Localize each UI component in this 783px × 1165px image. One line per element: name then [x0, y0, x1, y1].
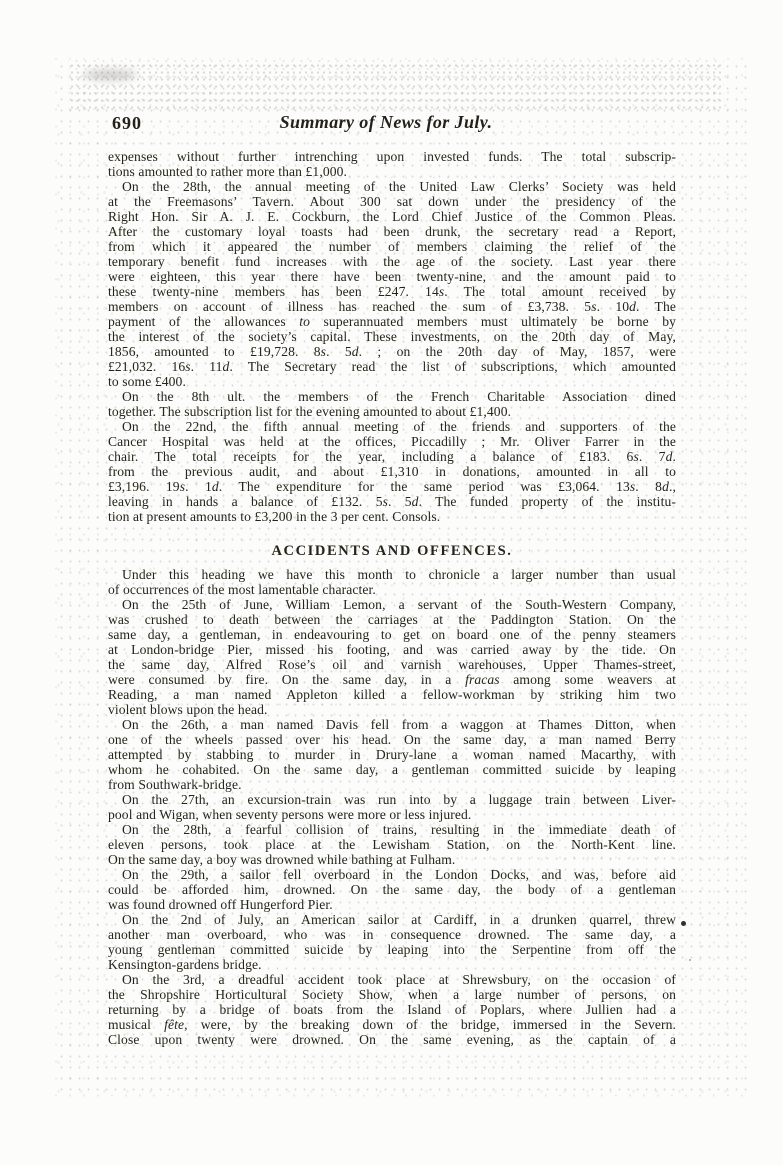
- text-line: eleven persons, took place at the Lewish…: [108, 837, 676, 852]
- text-line: tion at present amounts to £3,200 in the…: [108, 509, 676, 524]
- paragraph: Under this heading we have this month to…: [108, 567, 676, 597]
- text-line: whom he cohabited. On the same day, a ge…: [108, 762, 676, 777]
- text-line: to some £400.: [108, 374, 676, 389]
- text-line: of occurrences of the most lamentable ch…: [108, 582, 676, 597]
- scan-smudge: [84, 70, 136, 80]
- text-line: musical fête, were, by the breaking down…: [108, 1017, 676, 1032]
- paragraph: On the 28th, the annual meeting of the U…: [108, 179, 676, 389]
- text-line: leaving in hands a balance of £132. 5s. …: [108, 494, 676, 509]
- text-line: at the Freemasons’ Tavern. About 300 sat…: [108, 194, 676, 209]
- paragraph: On the 8th ult. the members of the Frenc…: [108, 389, 676, 419]
- ink-spot: [681, 921, 686, 926]
- text-line: On the 3rd, a dreadful accident took pla…: [108, 972, 676, 987]
- text-line: from which it appeared the number of mem…: [108, 239, 676, 254]
- text-line: On the 29th, a sailor fell overboard in …: [108, 867, 676, 882]
- text-line: violent blows upon the head.: [108, 702, 676, 717]
- text-line: On the 22nd, the fifth annual meeting of…: [108, 419, 676, 434]
- text-line: payment of the allowances to superannuat…: [108, 314, 676, 329]
- paragraph: On the 3rd, a dreadful accident took pla…: [108, 972, 676, 1047]
- text-line: £21,032. 16s. 11d. The Secretary read th…: [108, 359, 676, 374]
- text-line: temporary benefit fund increases with th…: [108, 254, 676, 269]
- text-line: 1856, amounted to £19,728. 8s. 5d. ; on …: [108, 344, 676, 359]
- text-line: at London-bridge Pier, missed his footin…: [108, 642, 676, 657]
- text-line: After the customary loyal toasts had bee…: [108, 224, 676, 239]
- text-line: pool and Wigan, when seventy persons wer…: [108, 807, 676, 822]
- text-line: these twenty-nine members has been £247.…: [108, 284, 676, 299]
- text-line: Right Hon. Sir A. J. E. Cockburn, the Lo…: [108, 209, 676, 224]
- text-line: On the same day, a boy was drowned while…: [108, 852, 676, 867]
- running-title: Summary of News for July.: [98, 112, 674, 133]
- text-line: returning by a bridge of boats from the …: [108, 1002, 676, 1017]
- text-line: same day, a gentleman, in endeavouring t…: [108, 627, 676, 642]
- text-line: On the 28th, the annual meeting of the U…: [108, 179, 676, 194]
- scan-noise-top-band: [68, 60, 724, 110]
- text-line: Under this heading we have this month to…: [108, 567, 676, 582]
- text-line: tions amounted to rather more than £1,00…: [108, 164, 676, 179]
- text-line: was crushed to death between the carriag…: [108, 612, 676, 627]
- text-line: On the 26th, a man named Davis fell from…: [108, 717, 676, 732]
- paragraph: On the 26th, a man named Davis fell from…: [108, 717, 676, 792]
- text-line: together. The subscription list for the …: [108, 404, 676, 419]
- text-line: from Southwark-bridge.: [108, 777, 676, 792]
- text-line: Close upon twenty were drowned. On the s…: [108, 1032, 676, 1047]
- text-line: the Shropshire Horticultural Society Sho…: [108, 987, 676, 1002]
- section: ACCIDENTS AND OFFENCES.Under this headin…: [108, 543, 676, 1047]
- text-line: On the 27th, an excursion-train was run …: [108, 792, 676, 807]
- text-line: from the previous audit, and about £1,31…: [108, 464, 676, 479]
- text-line: the interest of the society’s capital. T…: [108, 329, 676, 344]
- paragraph: On the 25th of June, William Lemon, a se…: [108, 597, 676, 717]
- text-line: another man overboard, who was in conseq…: [108, 927, 676, 942]
- text-line: expenses without further intrenching upo…: [108, 149, 676, 164]
- text-line: one of the wheels passed over his head. …: [108, 732, 676, 747]
- text-line: was found drowned off Hungerford Pier.: [108, 897, 676, 912]
- paragraph: On the 28th, a fearful collision of trai…: [108, 822, 676, 867]
- text-line: Cancer Hospital was held at the offices,…: [108, 434, 676, 449]
- paragraph: expenses without further intrenching upo…: [108, 149, 676, 179]
- text-line: were consumed by fire. On the same day, …: [108, 672, 676, 687]
- paragraph: On the 22nd, the fifth annual meeting of…: [108, 419, 676, 524]
- ink-spot-faint: [689, 959, 691, 961]
- text-line: members on account of illness has reache…: [108, 299, 676, 314]
- text-line: On the 8th ult. the members of the Frenc…: [108, 389, 676, 404]
- text-line: On the 28th, a fearful collision of trai…: [108, 822, 676, 837]
- text-line: On the 25th of June, William Lemon, a se…: [108, 597, 676, 612]
- text-line: £3,196. 19s. 1d. The expenditure for the…: [108, 479, 676, 494]
- section: expenses without further intrenching upo…: [108, 149, 676, 524]
- section-heading: ACCIDENTS AND OFFENCES.: [108, 543, 676, 559]
- paragraph: On the 27th, an excursion-train was run …: [108, 792, 676, 822]
- text-line: Kensington-gardens bridge.: [108, 957, 676, 972]
- text-line: On the 2nd of July, an American sailor a…: [108, 912, 676, 927]
- paragraph: On the 29th, a sailor fell overboard in …: [108, 867, 676, 912]
- paragraph: On the 2nd of July, an American sailor a…: [108, 912, 676, 972]
- text-line: were eighteen, this year there have been…: [108, 269, 676, 284]
- text-line: young gentleman committed suicide by lea…: [108, 942, 676, 957]
- text-line: the same day, Alfred Rose’s oil and varn…: [108, 657, 676, 672]
- text-line: Reading, a man named Appleton killed a f…: [108, 687, 676, 702]
- scanned-page: 690 Summary of News for July. expenses w…: [0, 0, 783, 1165]
- text-column: expenses without further intrenching upo…: [108, 149, 676, 1047]
- text-line: chair. The total receipts for the year, …: [108, 449, 676, 464]
- text-line: attempted by stabbing to murder in Drury…: [108, 747, 676, 762]
- text-line: could be afforded him, drowned. On the s…: [108, 882, 676, 897]
